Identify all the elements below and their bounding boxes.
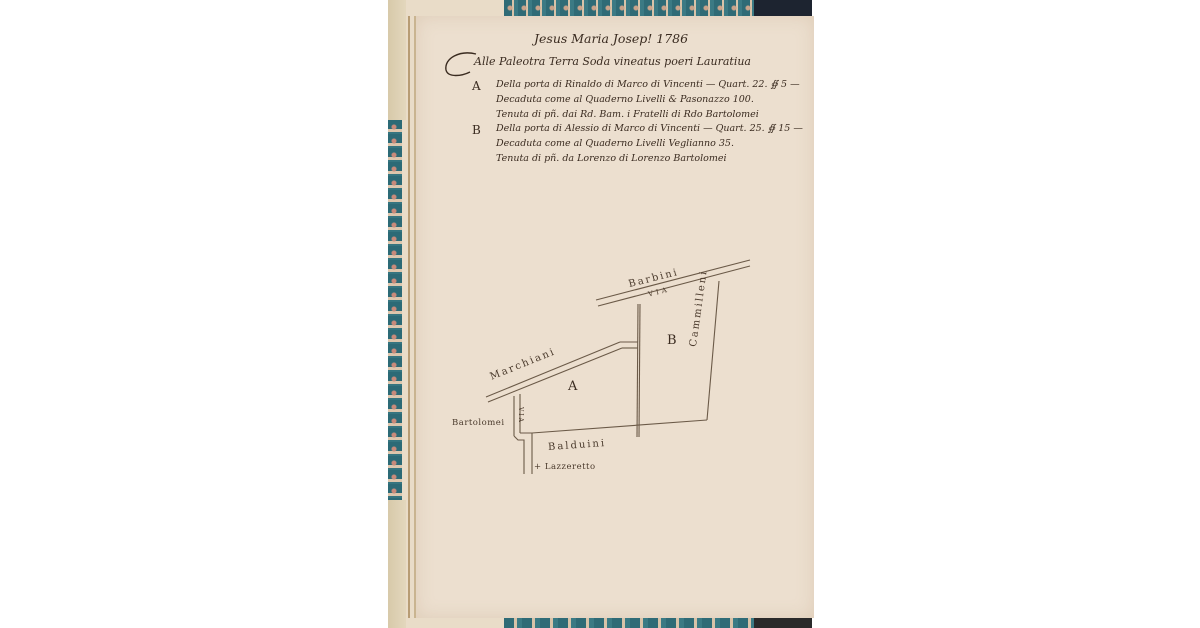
parcel-b-east-boundary bbox=[707, 281, 719, 420]
cover-flap bbox=[388, 500, 406, 628]
road-balduini-line bbox=[532, 420, 707, 433]
marbled-cover-top bbox=[504, 0, 754, 16]
road-label-lazzeretto: + Lazzeretto bbox=[534, 462, 596, 472]
road-barbini-line bbox=[596, 260, 750, 300]
cover-edge-dark bbox=[754, 618, 812, 628]
cover-edge-dark bbox=[754, 0, 812, 16]
cover-flap bbox=[388, 0, 406, 120]
marbled-cover-bottom bbox=[504, 618, 754, 628]
parcel-divider bbox=[637, 304, 638, 437]
parcel-map bbox=[416, 16, 814, 618]
manuscript-page: Jesus Maria Josep! 1786 Alle Paleotra Te… bbox=[414, 16, 814, 618]
book-scan: Jesus Maria Josep! 1786 Alle Paleotra Te… bbox=[388, 0, 812, 628]
parcel-a-label: A bbox=[568, 379, 577, 394]
marbled-cover-left bbox=[388, 120, 402, 500]
page-gutter bbox=[408, 16, 410, 618]
parcel-b-label: B bbox=[667, 333, 677, 348]
road-label-via-left: VIA bbox=[517, 407, 524, 424]
road-label-bartolomei: Bartolomei bbox=[452, 418, 505, 428]
